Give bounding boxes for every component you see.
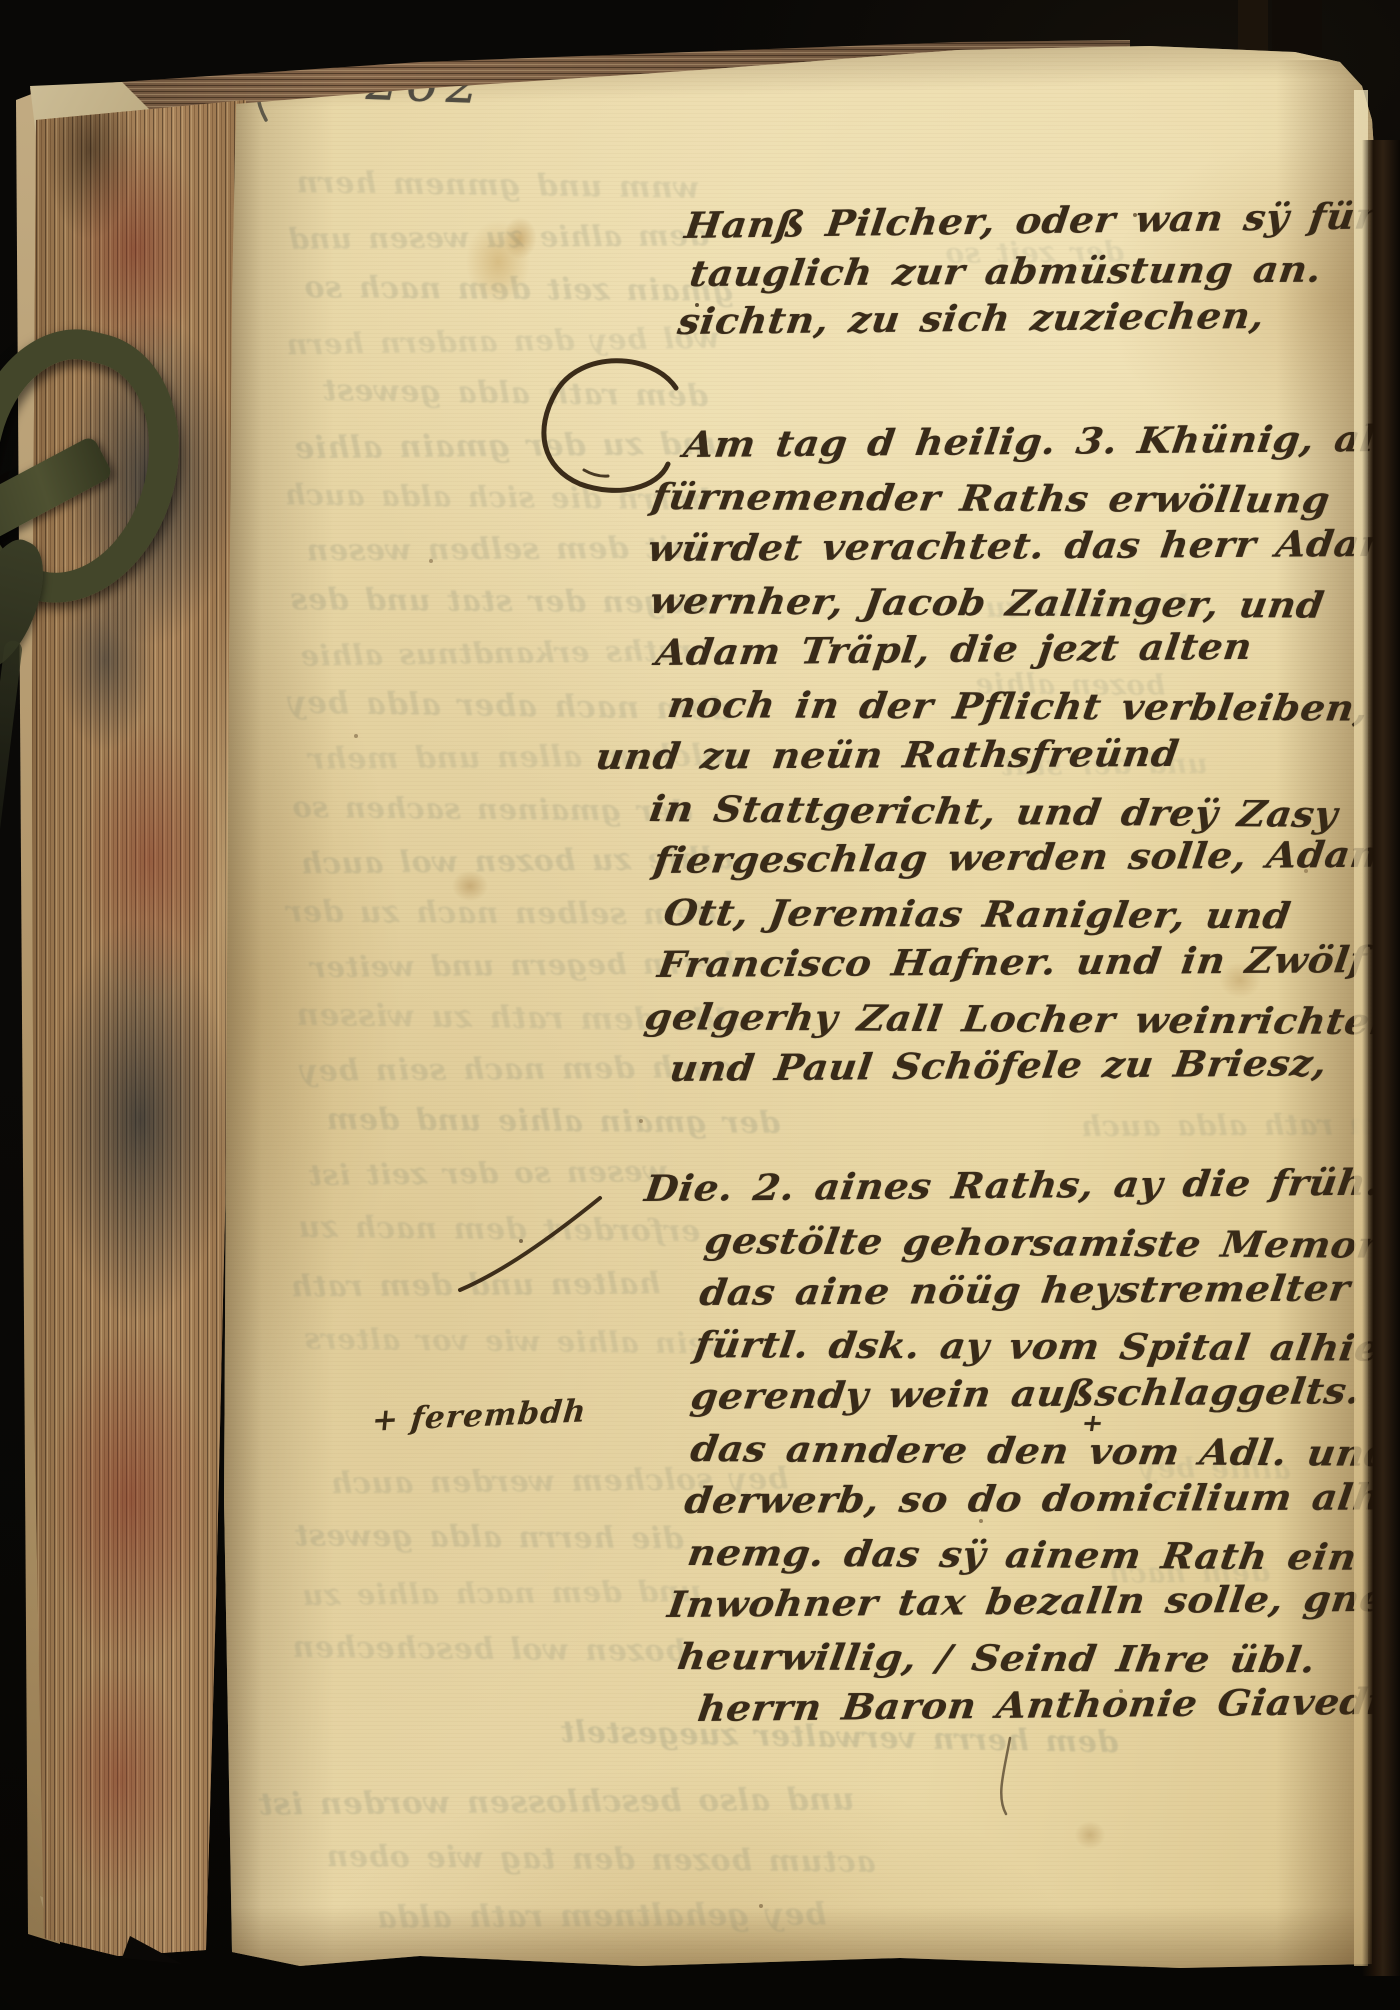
ink-specks	[0, 0, 2, 2]
underline-swash	[460, 1198, 600, 1290]
ribbon-tie-strand	[0, 640, 23, 856]
paragraph-initial-flourish	[544, 361, 676, 491]
gutter-shadow	[1362, 140, 1400, 1976]
background-stripe-2	[1272, 0, 1322, 50]
descender-flourish	[1001, 1738, 1010, 1814]
manuscript-photo-scene: wnm und gmnem herndem alhie zu wesen und…	[0, 0, 1400, 2010]
paragraph-initial-dash	[584, 470, 608, 476]
